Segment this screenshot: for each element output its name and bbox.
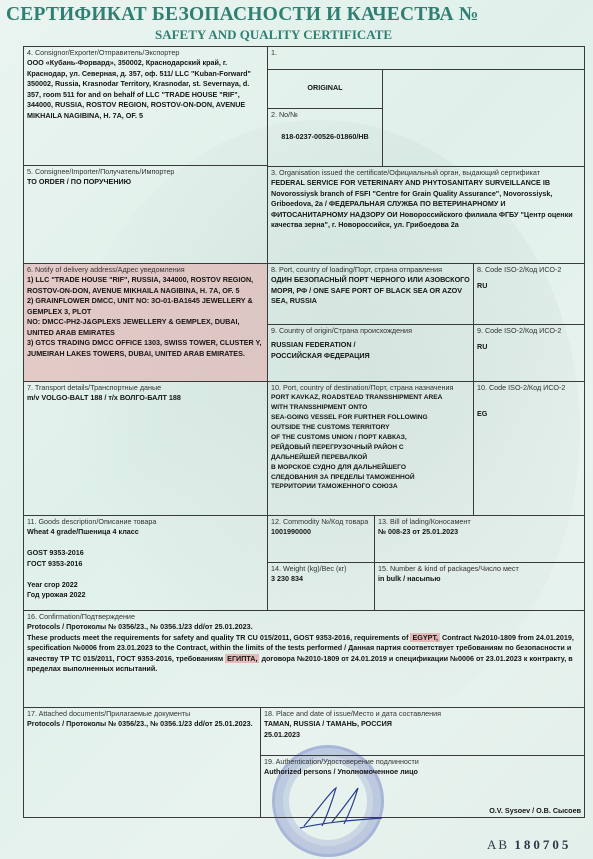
box-issuing-organisation-value: FEDERAL SERVICE FOR VETERINARY AND PHYTO… [271, 178, 581, 230]
notify-line-3: NO: DMCC-PH2-J&GPLEXS JEWELLERY & GEMPLE… [27, 317, 264, 338]
box-origin-code-value: RU [477, 342, 581, 352]
box-origin-code: 9. Code ISO-2/Код ИСО-2 RU [473, 324, 585, 382]
box-port-destination: 10. Port, country of destination/Порт, с… [267, 381, 474, 516]
certificate-number: 818-0237-00526-01860/НВ [271, 132, 379, 142]
box-port-destination-value: PORT KAVKAZ, ROADSTEAD TRANSSHIPMENT ARE… [271, 393, 470, 492]
confirmation-protocols: Protocols / Протоколы № 0356/23., № 0356… [27, 622, 581, 632]
box-consignor-label: 4. Consignor/Exporter/Отправитель/Экспор… [27, 48, 264, 58]
box-commodity-code-value: 1001990000 [271, 527, 371, 537]
serial-number-value: 180705 [514, 837, 571, 852]
box-transport: 7. Transport details/Транспортные даные … [23, 381, 268, 516]
certificate-title-en: SAFETY AND QUALITY CERTIFICATE [155, 27, 392, 43]
signatory-name: O.V. Sysoev / О.В. Сысоев [489, 806, 581, 816]
box-commodity-code-label: 12. Commodity №/Код товара [271, 517, 371, 527]
box-goods-description-value: Wheat 4 grade/Пшеница 4 класс GOST 9353-… [27, 527, 264, 600]
box-port-loading-value: ОДИН БЕЗОПАСНЫЙ ПОРТ ЧЕРНОГО ИЛИ АЗОВСКО… [271, 275, 470, 306]
box-confirmation: 16. Confirmation/Подтверждение Protocols… [23, 610, 585, 708]
box-consignee-value: TO ORDER / ПО ПОРУЧЕНИЮ [27, 177, 264, 187]
box-country-origin: 9. Country of origin/Страна происхождени… [267, 324, 474, 382]
box-origin-code-label: 9. Code ISO-2/Код ИСО-2 [477, 326, 581, 336]
box-destination-code-value: EG [477, 409, 581, 419]
box-attached-documents-value: Protocols / Протоколы № 0356/23., № 0356… [27, 719, 258, 729]
box-attached-documents-label: 17. Attached documents/Прилагаемые докум… [27, 709, 258, 719]
box-bill-of-lading-label: 13. Bill of lading/Коносамент [378, 517, 581, 527]
blank-area [382, 69, 585, 167]
box-goods-description-label: 11. Goods description/Описание товара [27, 517, 264, 527]
box-authentication-value: Authorized persons / Уполномоченное лицо [264, 767, 581, 777]
box-port-loading: 8. Port, country of loading/Порт, страна… [267, 263, 474, 325]
box-consignee: 5. Consignee/Importer/Получатель/Импорте… [23, 165, 268, 264]
issue-date: 25.01.2023 [264, 730, 581, 740]
notify-line-1: 1) LLC "TRADE HOUSE "RIF", RUSSIA, 34400… [27, 275, 264, 296]
box-place-date: 18. Place and date of issue/Место и дата… [260, 707, 585, 756]
box-port-loading-label: 8. Port, country of loading/Порт, страна… [271, 265, 470, 275]
box-commodity-code: 12. Commodity №/Код товара 1001990000 [267, 515, 375, 563]
box-1-label: 1. [271, 48, 581, 58]
original-status-text: ORIGINAL [271, 83, 379, 93]
issue-place: TAMAN, RUSSIA / ТАМАНЬ, РОССИЯ [264, 719, 581, 729]
box-country-origin-value: RUSSIAN FEDERATION / РОССИЙСКАЯ ФЕДЕРАЦИ… [271, 340, 470, 361]
serial-series: АВ [487, 837, 509, 852]
notify-line-2: 2) GRAINFLOWER DMCC, UNIT NO: 3O-01-BA16… [27, 296, 264, 317]
country-highlight-ru: ЕГИПТА, [225, 654, 259, 663]
box-destination-code: 10. Code ISO-2/Код ИСО-2 EG [473, 381, 585, 516]
box-bill-of-lading: 13. Bill of lading/Коносамент № 008-23 о… [374, 515, 585, 563]
box-port-destination-label: 10. Port, country of destination/Порт, с… [271, 383, 470, 393]
box-transport-label: 7. Transport details/Транспортные даные [27, 383, 264, 393]
country-highlight-en: EGYPT, [410, 633, 440, 642]
box-packages-label: 15. Number & kind of packages/Число мест [378, 564, 581, 574]
box-loading-code-value: RU [477, 281, 581, 291]
confirmation-text: These products meet the requirements for… [27, 633, 581, 675]
box-transport-value: m/v VOLGO-BALT 188 / т/х ВОЛГО-БАЛТ 188 [27, 393, 264, 403]
box-authentication: 19. Authentication/Удостоверение подлинн… [260, 755, 585, 818]
box-packages-value: in bulk / насыпью [378, 574, 581, 584]
box-bill-of-lading-value: № 008-23 от 25.01.2023 [378, 527, 581, 537]
box-consignor: 4. Consignor/Exporter/Отправитель/Экспор… [23, 46, 268, 166]
box-consignor-value: ООО «Кубань-Форвард», 350002, Краснодарс… [27, 58, 264, 121]
box-notify-address-label: 6. Notify of delivery address/Адрес увед… [27, 265, 264, 275]
box-notify-address: 6. Notify of delivery address/Адрес увед… [23, 263, 268, 382]
box-weight-value: 3 230 834 [271, 574, 371, 584]
box-confirmation-label: 16. Confirmation/Подтверждение [27, 612, 581, 622]
box-authentication-label: 19. Authentication/Удостоверение подлинн… [264, 757, 581, 767]
notify-line-4: 3) GTCS TRADING DMCC OFFICE 1303, SWISS … [27, 338, 264, 359]
box-loading-code: 8. Code ISO-2/Код ИСО-2 RU [473, 263, 585, 325]
box-certificate-number-label: 2. No/№ [271, 110, 379, 120]
box-loading-code-label: 8. Code ISO-2/Код ИСО-2 [477, 265, 581, 275]
original-status: ORIGINAL [267, 69, 383, 109]
confirmation-text-en-1: These products meet the requirements for… [27, 633, 410, 642]
box-destination-code-label: 10. Code ISO-2/Код ИСО-2 [477, 383, 581, 393]
certificate-title-ru: СЕРТИФИКАТ БЕЗОПАСНОСТИ И КАЧЕСТВА № [6, 4, 426, 26]
box-packages: 15. Number & kind of packages/Число мест… [374, 562, 585, 611]
box-consignee-label: 5. Consignee/Importer/Получатель/Импорте… [27, 167, 264, 177]
serial-number: АВ 180705 [487, 837, 571, 853]
box-weight-label: 14. Weight (kg)/Вес (кг) [271, 564, 371, 574]
box-place-date-label: 18. Place and date of issue/Место и дата… [264, 709, 581, 719]
box-1: 1. [267, 46, 585, 70]
box-attached-documents: 17. Attached documents/Прилагаемые докум… [23, 707, 261, 818]
box-certificate-number: 2. No/№ 818-0237-00526-01860/НВ [267, 108, 383, 167]
box-issuing-organisation-label: 3. Organisation issued the certificate/О… [271, 168, 581, 178]
box-issuing-organisation: 3. Organisation issued the certificate/О… [267, 166, 585, 264]
box-country-origin-label: 9. Country of origin/Страна происхождени… [271, 326, 470, 336]
box-weight: 14. Weight (kg)/Вес (кг) 3 230 834 [267, 562, 375, 611]
box-goods-description: 11. Goods description/Описание товара Wh… [23, 515, 268, 611]
